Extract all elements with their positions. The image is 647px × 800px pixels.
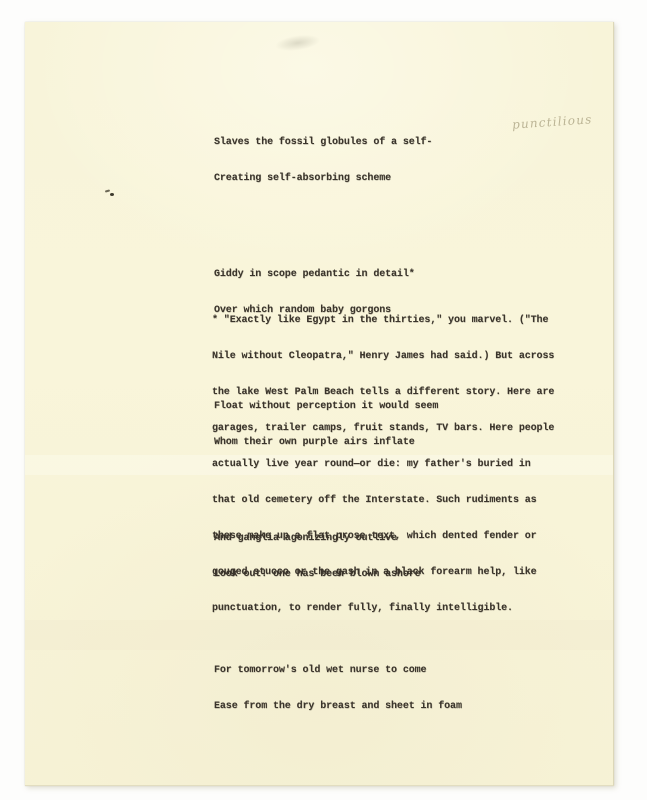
footnote-line: actually live year round—or die: my fath… — [212, 459, 554, 471]
footnote-line: Nile without Cleopatra," Henry James had… — [212, 351, 554, 363]
footnote-line: garages, trailer camps, fruit stands, TV… — [212, 423, 554, 435]
scanned-document: punctilious Slaves the fossil globules o… — [0, 0, 647, 800]
pencil-annotation: punctilious — [512, 112, 593, 132]
paper-sheet: punctilious Slaves the fossil globules o… — [25, 22, 614, 786]
footnote-line: that old cemetery off the Interstate. Su… — [212, 495, 554, 507]
poem-line: Creating self-absorbing scheme — [214, 173, 462, 185]
footnote-line: gouged stucco or the gash in a black for… — [212, 567, 554, 579]
footnote: * "Exactly like Egypt in the thirties," … — [212, 291, 554, 639]
poem-stanza: Slaves the fossil globules of a self- Cr… — [214, 113, 462, 209]
footnote-line: the lake West Palm Beach tells a differe… — [212, 387, 554, 399]
footnote-line: these make up a flat prose text, which d… — [212, 531, 554, 543]
ink-speck — [110, 193, 114, 196]
poem-line: Slaves the fossil globules of a self- — [214, 137, 462, 149]
poem-line: Giddy in scope pedantic in detail* — [214, 269, 462, 281]
poem-line: For tomorrow's old wet nurse to come — [214, 665, 462, 677]
footnote-line: punctuation, to render fully, finally in… — [212, 603, 554, 615]
ink-speck — [105, 189, 110, 192]
footnote-line: * "Exactly like Egypt in the thirties," … — [212, 315, 554, 327]
paper-smudge — [260, 19, 335, 70]
poem-line: Ease from the dry breast and sheet in fo… — [214, 701, 462, 713]
poem-stanza: For tomorrow's old wet nurse to come Eas… — [214, 641, 462, 737]
